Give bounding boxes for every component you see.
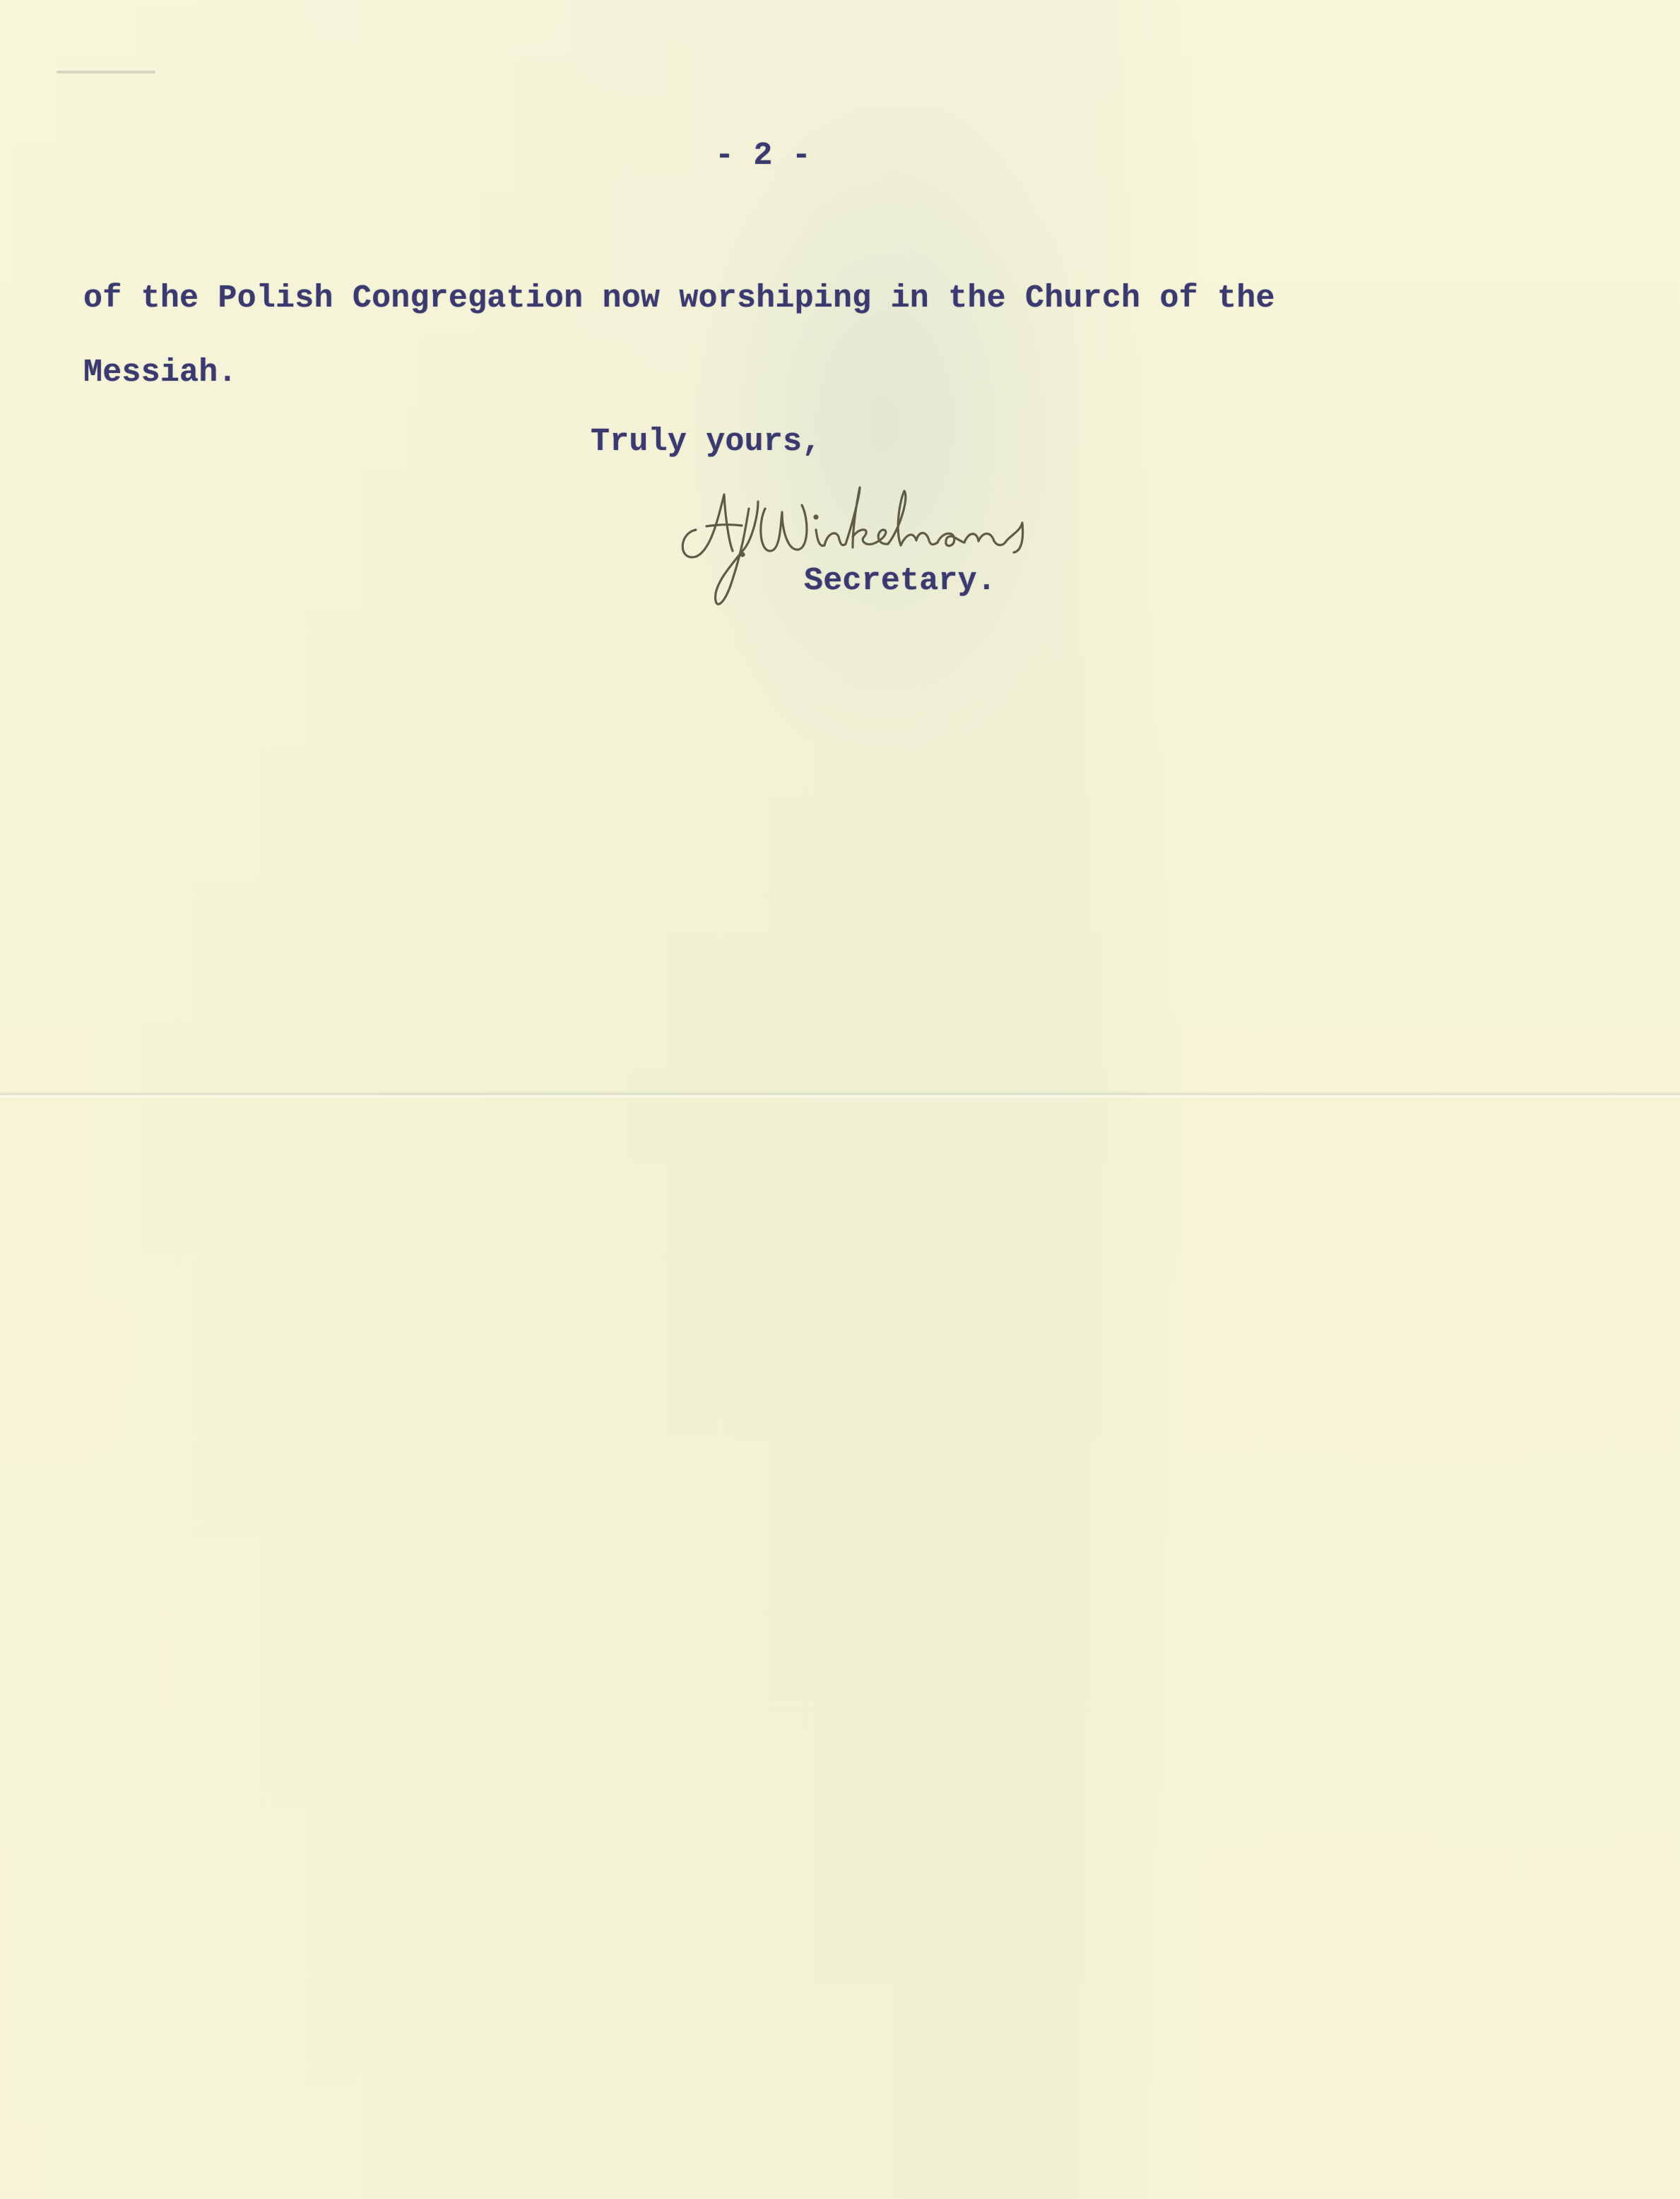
signer-title: Secretary.: [804, 565, 996, 597]
fold-line: [0, 1091, 1680, 1098]
body-text-line: of the Polish Congregation now worshipin…: [83, 283, 1275, 314]
body-text-line: Messiah.: [83, 357, 237, 389]
page-number: - 2 -: [715, 140, 811, 172]
paper-background: [0, 0, 1680, 2199]
crease-mark: [57, 71, 155, 73]
closing-salutation: Truly yours,: [591, 426, 821, 458]
